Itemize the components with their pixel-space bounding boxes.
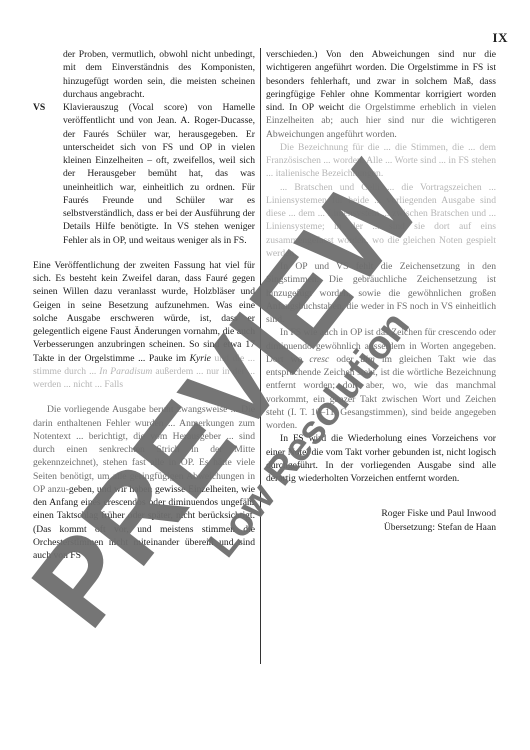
paragraph-second-version: Eine Veröffentlichung der zweiten Fassun…	[33, 259, 255, 392]
paragraph-violas-cellos: ... Bratschen und Celli ... die Vortrags…	[266, 181, 496, 261]
paragraph-crescendo: In FS wie auch in OP ist das Zeichen für…	[266, 326, 496, 432]
source-entry-vs: VS Klavierauszug (Vocal score) von Hamel…	[63, 101, 255, 247]
paragraph-text-faded: Die vorliegende Ausgabe beruht zwangswei…	[33, 404, 255, 495]
signature-translator: Übersetzung: Stefan de Haan	[266, 521, 496, 534]
in-paradisum-italic: In Paradisum	[99, 366, 152, 377]
dim-italic: dim	[360, 354, 374, 365]
signature-authors: Roger Fiske und Paul Inwood	[266, 507, 496, 520]
paragraph-designation: Die Bezeichnung für die ... die Stimmen,…	[266, 141, 496, 181]
column-divider	[260, 48, 261, 664]
paragraph-deviations: verschieden.) Von den Abweichungen sind …	[266, 48, 496, 141]
source-description-vs: Klavierauszug (Vocal score) von Hamelle …	[63, 101, 255, 247]
paragraph-present-edition: Die vorliegende Ausgabe beruht zwangswei…	[33, 403, 255, 562]
paragraph-text: oder	[336, 354, 353, 365]
document-page: IX der Proben, vermutlich, obwohl nicht …	[0, 0, 530, 750]
left-column: der Proben, vermutlich, obwohl nicht unb…	[33, 48, 255, 562]
paragraph-accidentals: In FS wird die Wiederholung eines Vorzei…	[266, 432, 496, 485]
source-continuation-paragraph: der Proben, vermutlich, obwohl nicht unb…	[63, 48, 255, 101]
source-list-block: der Proben, vermutlich, obwohl nicht unb…	[63, 48, 255, 247]
signature-block: Roger Fiske und Paul Inwood Übersetzung:…	[266, 507, 496, 534]
source-label-vs: VS	[33, 101, 45, 114]
cresc-italic: cresc	[309, 354, 329, 365]
paragraph-text: im gleichen Takt wie das entsprechende Z…	[266, 354, 496, 431]
paragraph-text: geben, und wir haben gewisse Einzelheite…	[33, 484, 255, 561]
kyrie-italic: Kyrie	[190, 353, 211, 364]
paragraph-punctuation: In OP und VS fehlt die Zeichensetzung in…	[266, 260, 496, 326]
vs-description-text: Klavierauszug (Vocal score) von Hamelle …	[63, 102, 255, 246]
page-number: IX	[493, 30, 508, 46]
right-column: verschieden.) Von den Abweichungen sind …	[266, 48, 496, 534]
paragraph-text: Eine Veröffentlichung der zweiten Fassun…	[33, 260, 255, 364]
